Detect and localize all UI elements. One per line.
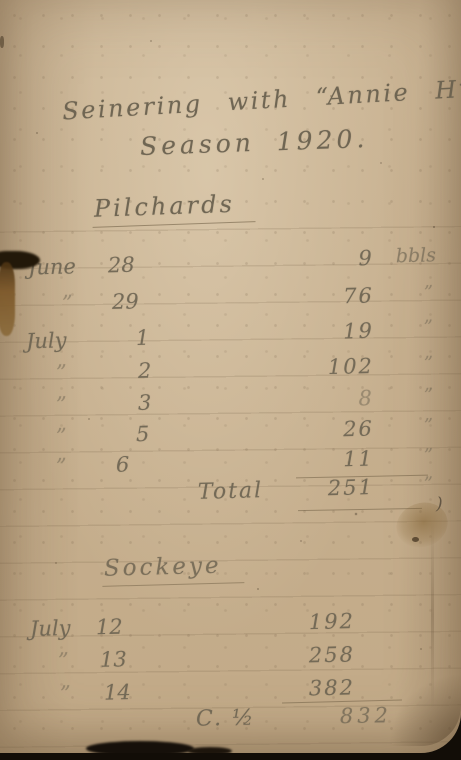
page-title-line1: Seinering with “Annie H” [62, 75, 461, 126]
row-unit-ditto: ” [424, 385, 434, 406]
row-unit-ditto: ” [424, 415, 434, 436]
scanned-notebook-page: Seinering with “Annie H” Season 1920. Pi… [0, 0, 461, 760]
row-value: 192 [293, 609, 356, 635]
row-month: July [26, 328, 67, 353]
curled-corner-shadow [383, 660, 461, 746]
section-heading-pilchards: Pilchards [91, 189, 255, 228]
row-value: 11 [298, 446, 375, 472]
row-day: 1 [136, 326, 150, 350]
row-day: 3 [138, 391, 152, 415]
left-edge-tear-stain [0, 262, 15, 336]
stain-dot [412, 537, 419, 542]
paper-sheet: Seinering with “Annie H” Season 1920. Pi… [0, 0, 461, 753]
row-day: 14 [104, 680, 131, 705]
row-unit-ditto: ” [424, 353, 434, 374]
left-edge-mark [0, 36, 4, 48]
row-value: 258 [293, 642, 355, 667]
section-heading-sockeye: Sockeye [102, 552, 244, 587]
row-day: 6 [116, 452, 130, 476]
row-unit-ditto: ” [424, 445, 434, 466]
brown-stain [390, 495, 454, 554]
total-unit-ditto: ” [424, 473, 434, 494]
total-label: Total [198, 478, 264, 505]
row-month-ditto: ” [56, 424, 67, 448]
pen-flick-mark: ) [436, 494, 443, 514]
row-unit-ditto: ” [423, 317, 433, 338]
row-value: 9 [298, 246, 375, 272]
bottom-edge-ink-blob [188, 747, 232, 753]
paper-specks [36, 132, 38, 134]
row-value: 8 [298, 386, 374, 412]
row-day: 28 [108, 253, 135, 278]
row-unit: bbls [396, 244, 437, 267]
ledger-row: June 28 9 bbls [0, 244, 461, 287]
row-month-ditto: ” [56, 360, 67, 384]
bottom-edge-ink-blob [86, 741, 194, 753]
row-month: July [30, 616, 71, 641]
row-month-ditto: ” [60, 681, 71, 705]
row-unit-ditto: ” [424, 282, 434, 303]
row-month-ditto: ” [62, 291, 73, 315]
row-day: 5 [136, 422, 150, 446]
row-value: 382 [293, 675, 355, 700]
total-value: 251 [298, 475, 375, 501]
row-day: 29 [112, 289, 139, 314]
row-value: 76 [298, 283, 375, 309]
row-value: 26 [298, 416, 375, 442]
row-value: 102 [298, 354, 374, 380]
carry-label: C. ½ [196, 706, 256, 732]
row-month-ditto: ” [58, 648, 69, 672]
row-month-ditto: ” [56, 392, 67, 416]
row-month-ditto: ” [56, 454, 67, 478]
row-value: 19 [297, 318, 374, 344]
row-day: 2 [138, 359, 152, 383]
row-day: 12 [96, 615, 123, 640]
ledger-row: ” 29 76 ” [0, 281, 461, 322]
page-title-line2: Season 1920. [140, 124, 369, 161]
row-day: 13 [100, 647, 127, 672]
